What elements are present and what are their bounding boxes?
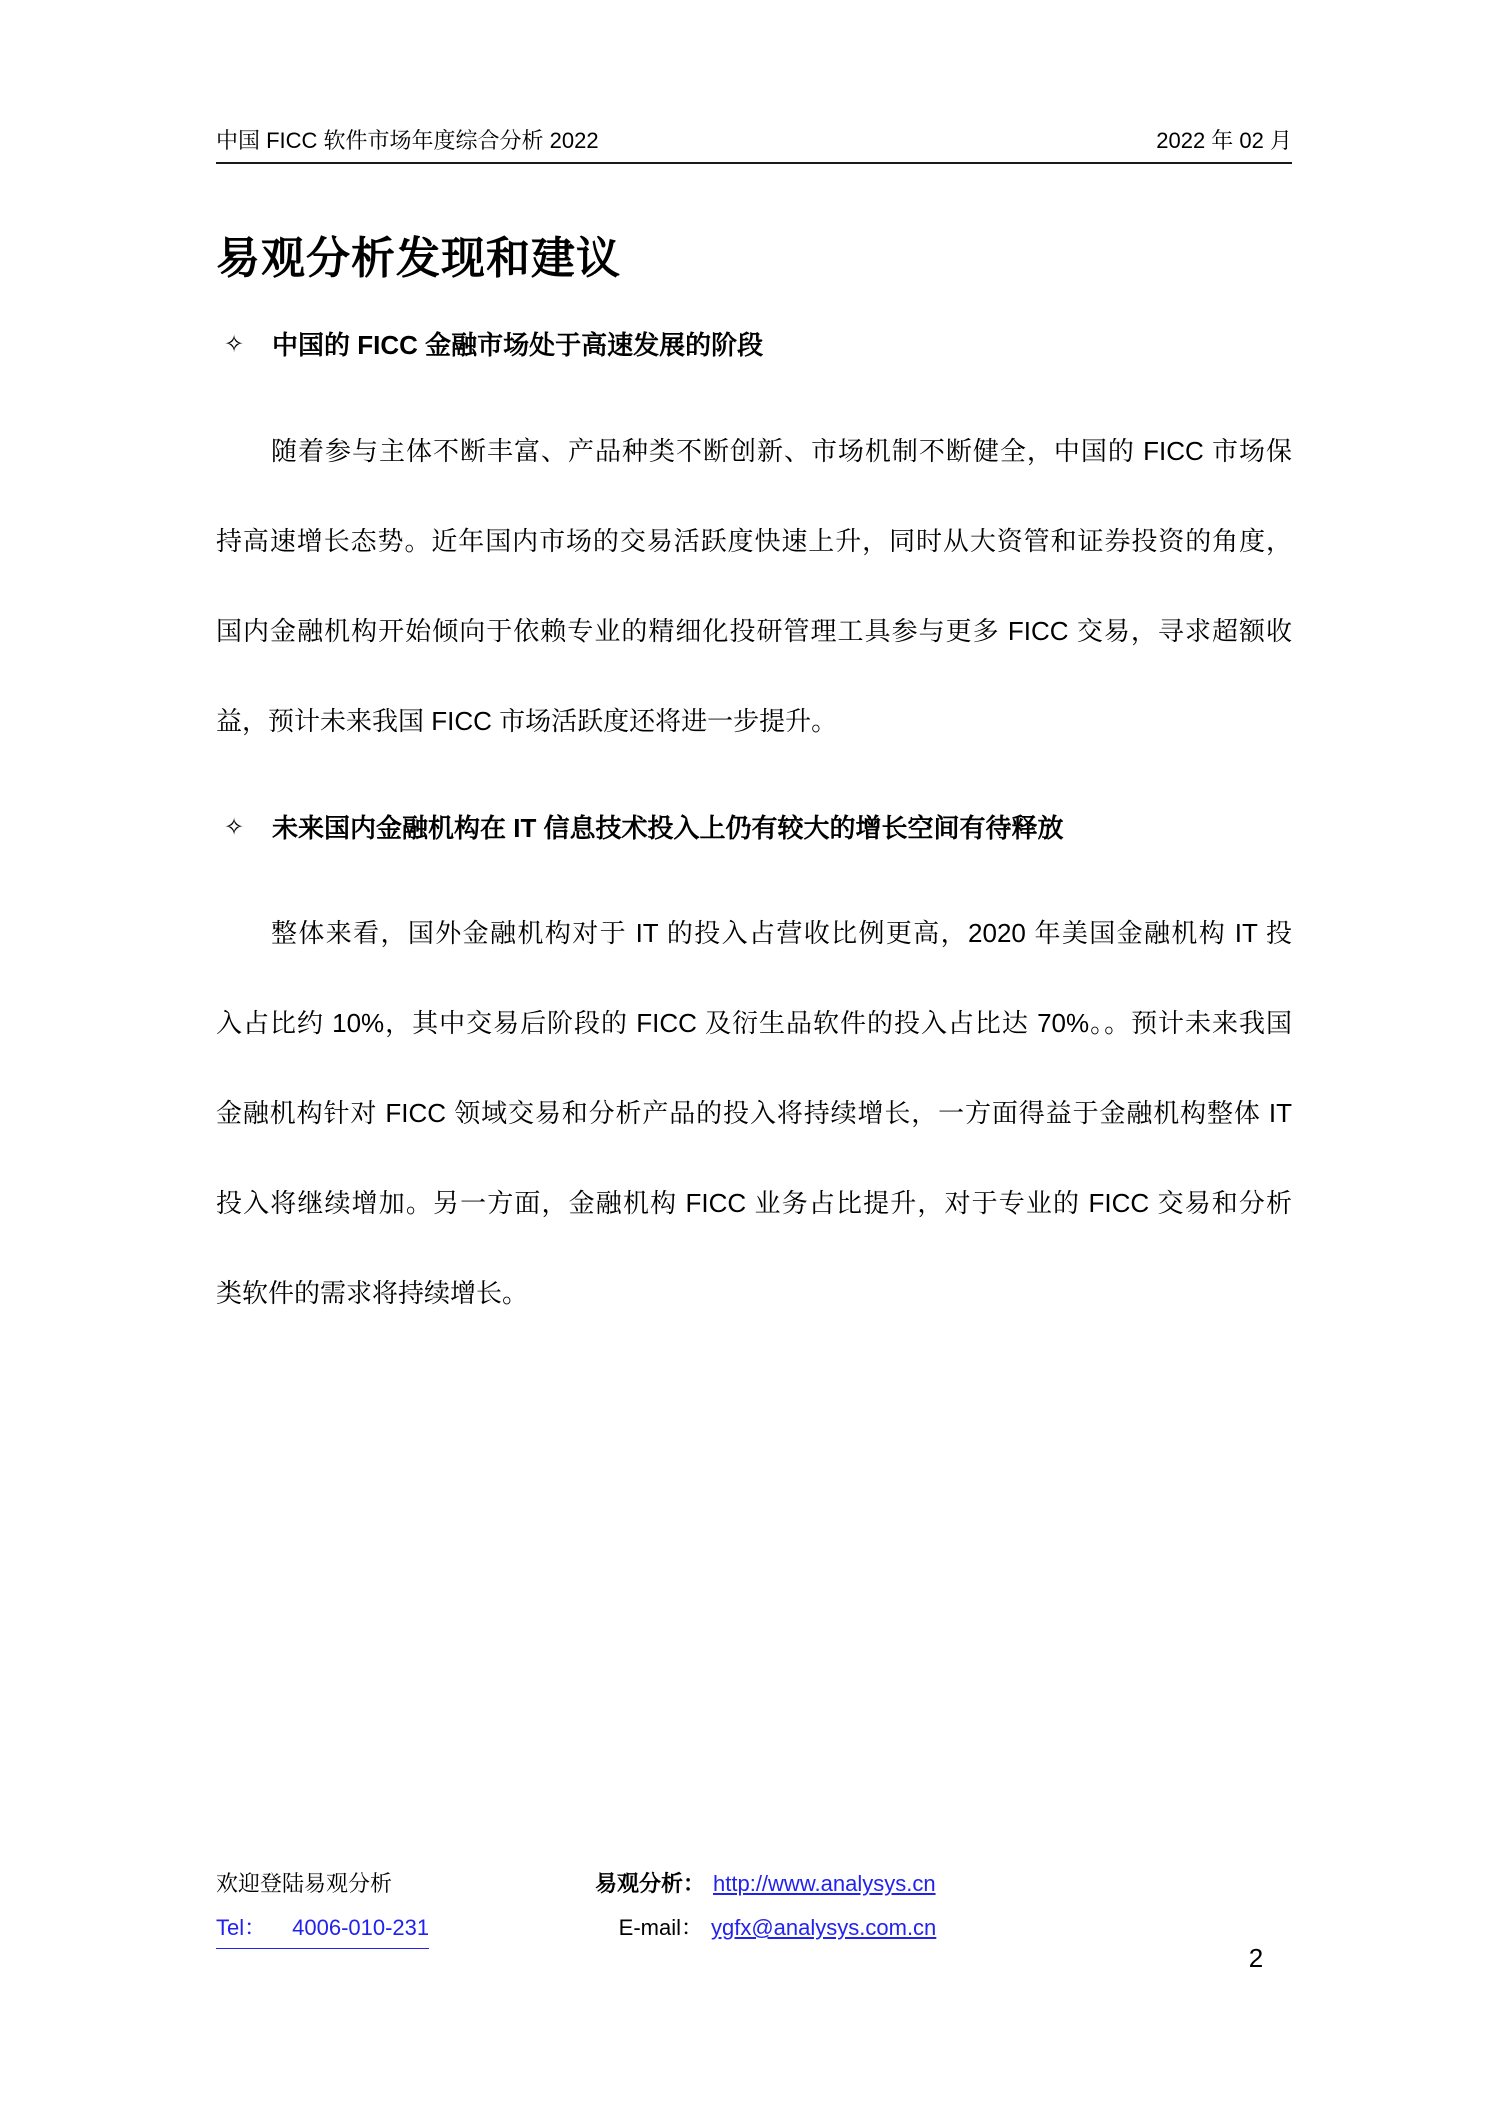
section-2-heading-text: 未来国内金融机构在 IT 信息技术投入上仍有较大的增长空间有待释放 (272, 811, 1064, 845)
footer-tel-row: Tel： 4006-010-231 (216, 1906, 586, 1950)
footer-left-column: 欢迎登陆易观分析 Tel： 4006-010-231 (216, 1862, 586, 1950)
footer-right-column: 易观分析： http://www.analysys.cn E-mail： ygf… (595, 1862, 1075, 1950)
section-2-paragraph: 整体来看，国外金融机构对于 IT 的投入占营收比例更高，2020 年美国金融机构… (216, 888, 1292, 1338)
paragraph-line: 金融机构针对 FICC 领域交易和分析产品的投入将持续增长，一方面得益于金融机构… (216, 1068, 1292, 1158)
tel-number[interactable]: 4006-010-231 (292, 1908, 429, 1948)
section-1-paragraph: 随着参与主体不断丰富、产品种类不断创新、市场机制不断健全，中国的 FICC 市场… (216, 406, 1292, 766)
tel-label: Tel： (216, 1908, 266, 1948)
footer-welcome-text: 欢迎登陆易观分析 (216, 1862, 586, 1906)
paragraph-line: 类软件的需求将持续增长。 (216, 1248, 1292, 1338)
paragraph-line: 随着参与主体不断丰富、产品种类不断创新、市场机制不断健全，中国的 FICC 市场… (216, 406, 1292, 496)
footer-site-row: 易观分析： http://www.analysys.cn (595, 1862, 1075, 1906)
page-title: 易观分析发现和建议 (216, 233, 621, 285)
paragraph-line: 持高速增长态势。近年国内市场的交易活跃度快速上升，同时从大资管和证券投资的角度， (216, 496, 1292, 586)
paragraph-line: 整体来看，国外金融机构对于 IT 的投入占营收比例更高，2020 年美国金融机构… (216, 888, 1292, 978)
header-doc-title: 中国 FICC 软件市场年度综合分析 2022 (216, 128, 599, 154)
email-link[interactable]: ygfx@analysys.com.cn (711, 1906, 936, 1950)
section-2-heading: ✧ 未来国内金融机构在 IT 信息技术投入上仍有较大的增长空间有待释放 (216, 811, 1292, 845)
section-1-heading-text: 中国的 FICC 金融市场处于高速发展的阶段 (272, 328, 763, 362)
email-label: E-mail： (595, 1906, 703, 1950)
brand-label: 易观分析： (595, 1862, 705, 1906)
paragraph-line: 国内金融机构开始倾向于依赖专业的精细化投研管理工具参与更多 FICC 交易，寻求… (216, 586, 1292, 676)
four-pointed-star-icon: ✧ (216, 328, 272, 362)
section-1-heading: ✧ 中国的 FICC 金融市场处于高速发展的阶段 (216, 328, 1292, 362)
header-date: 2022 年 02 月 (1156, 128, 1292, 154)
paragraph-line: 入占比约 10%，其中交易后阶段的 FICC 及衍生品软件的投入占比达 70%。… (216, 978, 1292, 1068)
paragraph-line: 益，预计未来我国 FICC 市场活跃度还将进一步提升。 (216, 676, 1292, 766)
page-header: 中国 FICC 软件市场年度综合分析 2022 2022 年 02 月 (216, 128, 1292, 164)
page-number: 2 (1236, 1940, 1276, 1976)
paragraph-line: 投入将继续增加。另一方面，金融机构 FICC 业务占比提升，对于专业的 FICC… (216, 1158, 1292, 1248)
footer-email-row: E-mail： ygfx@analysys.com.cn (595, 1906, 1075, 1950)
tel-link[interactable]: Tel： 4006-010-231 (216, 1908, 429, 1949)
four-pointed-star-icon: ✧ (216, 811, 272, 845)
website-link[interactable]: http://www.analysys.cn (713, 1862, 936, 1906)
